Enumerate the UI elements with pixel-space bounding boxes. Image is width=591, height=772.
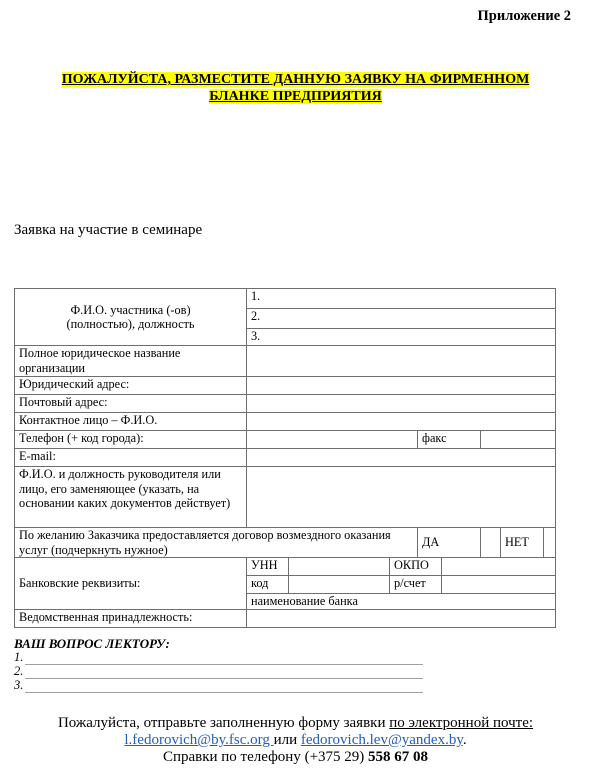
phone-label: Телефон (+ код города): [15,431,247,449]
contract-no-option[interactable]: НЕТ [501,528,544,558]
affiliation-label: Ведомственная принадлежность: [15,610,247,628]
legal-address-field[interactable] [247,377,556,395]
email-field[interactable] [247,449,556,467]
postal-address-field[interactable] [247,395,556,413]
director-label: Ф.И.О. и должность руководителя или лицо… [15,467,247,528]
okpo-field[interactable] [442,558,556,576]
email-link-1[interactable]: l.fedorovich@by.fsc.org [124,732,273,748]
questions-title: ВАШ ВОПРОС ЛЕКТОРУ: [14,636,423,651]
participant-field-2[interactable]: 2. [247,309,556,329]
contract-no-box[interactable] [544,528,556,558]
question-line-3[interactable]: 3. [14,679,423,693]
account-field[interactable] [442,576,556,594]
participant-field-3[interactable]: 3. [247,329,556,346]
appendix-label: Приложение 2 [478,8,572,25]
application-form-table: Ф.И.О. участника (-ов)(полностью), должн… [14,288,556,628]
footer-contact: Пожалуйста, отправьте заполненную форму … [0,715,591,766]
bank-name-field[interactable]: наименование банка [247,594,556,610]
unn-label: УНН [247,558,289,576]
contact-person-label: Контактное лицо – Ф.И.О. [15,413,247,431]
question-line-2[interactable]: 2. [14,665,423,679]
letterhead-notice: ПОЖАЛУЙСТА, РАЗМЕСТИТЕ ДАННУЮ ЗАЯВКУ НА … [0,71,591,105]
notice-line-1: ПОЖАЛУЙСТА, РАЗМЕСТИТЕ ДАННУЮ ЗАЯВКУ НА … [62,72,530,87]
phone-prefix: Справки по телефону (+375 29) [163,749,368,765]
director-field[interactable] [247,467,556,528]
unn-field[interactable] [289,558,390,576]
notice-line-2: БЛАНКЕ ПРЕДПРИЯТИЯ [209,89,382,104]
phone-field[interactable] [247,431,418,449]
participants-label: Ф.И.О. участника (-ов)(полностью), должн… [15,289,247,346]
fax-label: факс [418,431,481,449]
legal-address-label: Юридический адрес: [15,377,247,395]
form-title: Заявка на участие в семинаре [14,222,202,239]
question-line-1[interactable]: 1. [14,651,423,665]
participant-field-1[interactable]: 1. [247,289,556,309]
org-name-field[interactable] [247,346,556,377]
email-link-2[interactable]: fedorovich.lev@yandex.by [301,732,463,748]
contact-person-field[interactable] [247,413,556,431]
affiliation-field[interactable] [247,610,556,628]
code-field[interactable] [289,576,390,594]
questions-section: ВАШ ВОПРОС ЛЕКТОРУ: 1. 2. 3. [14,636,423,693]
contract-label: По желанию Заказчика предоставляется дог… [15,528,418,558]
account-label: р/счет [390,576,442,594]
phone-number: 558 67 08 [368,749,428,765]
footer-email-label: по электронной почте: [389,715,533,731]
bank-details-label: Банковские реквизиты: [15,558,247,610]
code-label: код [247,576,289,594]
okpo-label: ОКПО [390,558,442,576]
org-name-label: Полное юридическое название организации [15,346,247,377]
email-label: E-mail: [15,449,247,467]
contract-yes-option[interactable]: ДА [418,528,481,558]
footer-instruction: Пожалуйста, отправьте заполненную форму … [58,715,389,731]
contract-yes-box[interactable] [481,528,501,558]
fax-field[interactable] [481,431,556,449]
postal-address-label: Почтовый адрес: [15,395,247,413]
